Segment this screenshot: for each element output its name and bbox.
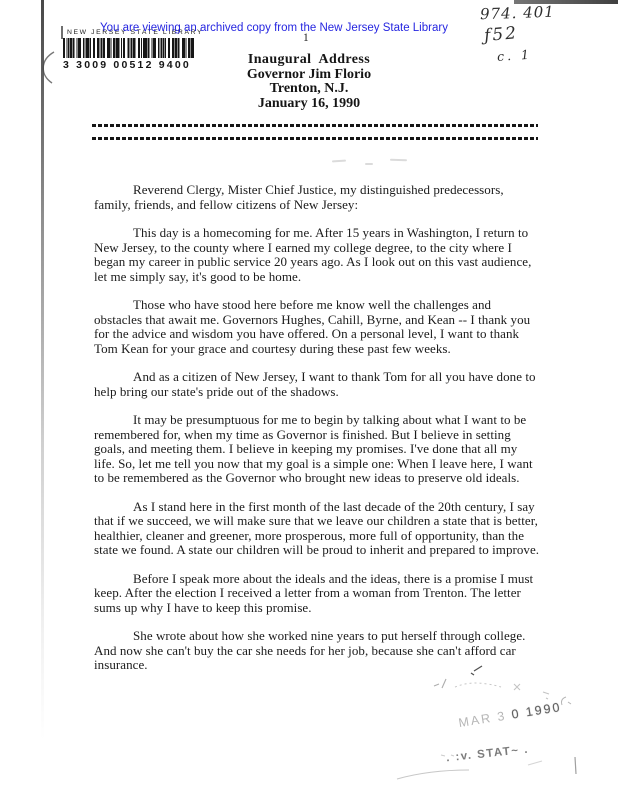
smudge-mark (390, 159, 407, 162)
library-barcode: NEW JERSEY STATE LIBRARY 3 3009 00512 94… (63, 29, 196, 71)
dashed-separator (92, 124, 538, 127)
speech-body: Reverend Clergy, Mister Chief Justice, m… (94, 183, 540, 687)
library-stamp-fragment: . :v. STAT~ . (446, 744, 530, 765)
barcode-bars (63, 38, 194, 58)
smudge-mark (332, 160, 346, 163)
scan-edge-line (41, 0, 44, 740)
paragraph: And as a citizen of New Jersey, I want t… (94, 370, 540, 399)
barcode-number: 3 3009 00512 9400 (63, 59, 196, 71)
scanned-page: You are viewing an archived copy from th… (0, 0, 618, 800)
paragraph: Reverend Clergy, Mister Chief Justice, m… (94, 183, 540, 212)
paragraph: It may be presumptuous for me to begin b… (94, 413, 540, 486)
date-stamp: MAR 3 0 1990 (458, 700, 563, 730)
title-location: Trenton, N.J. (0, 82, 618, 97)
paragraph: Those who have stood here before me know… (94, 298, 540, 356)
archive-notice-text: You are viewing an archived copy from th… (100, 22, 500, 34)
date-stamp-year: 0 1990 (511, 700, 563, 722)
date-stamp-month: MAR 3 (458, 709, 508, 730)
paragraph: Before I speak more about the ideals and… (94, 572, 540, 616)
paragraph: As I stand here in the first month of th… (94, 500, 540, 558)
title-date: January 16, 1990 (0, 97, 618, 112)
paragraph: This day is a homecoming for me. After 1… (94, 226, 540, 284)
paragraph: She wrote about how she worked nine year… (94, 629, 540, 673)
smudge-mark (365, 163, 373, 165)
dashed-separator (92, 137, 538, 140)
